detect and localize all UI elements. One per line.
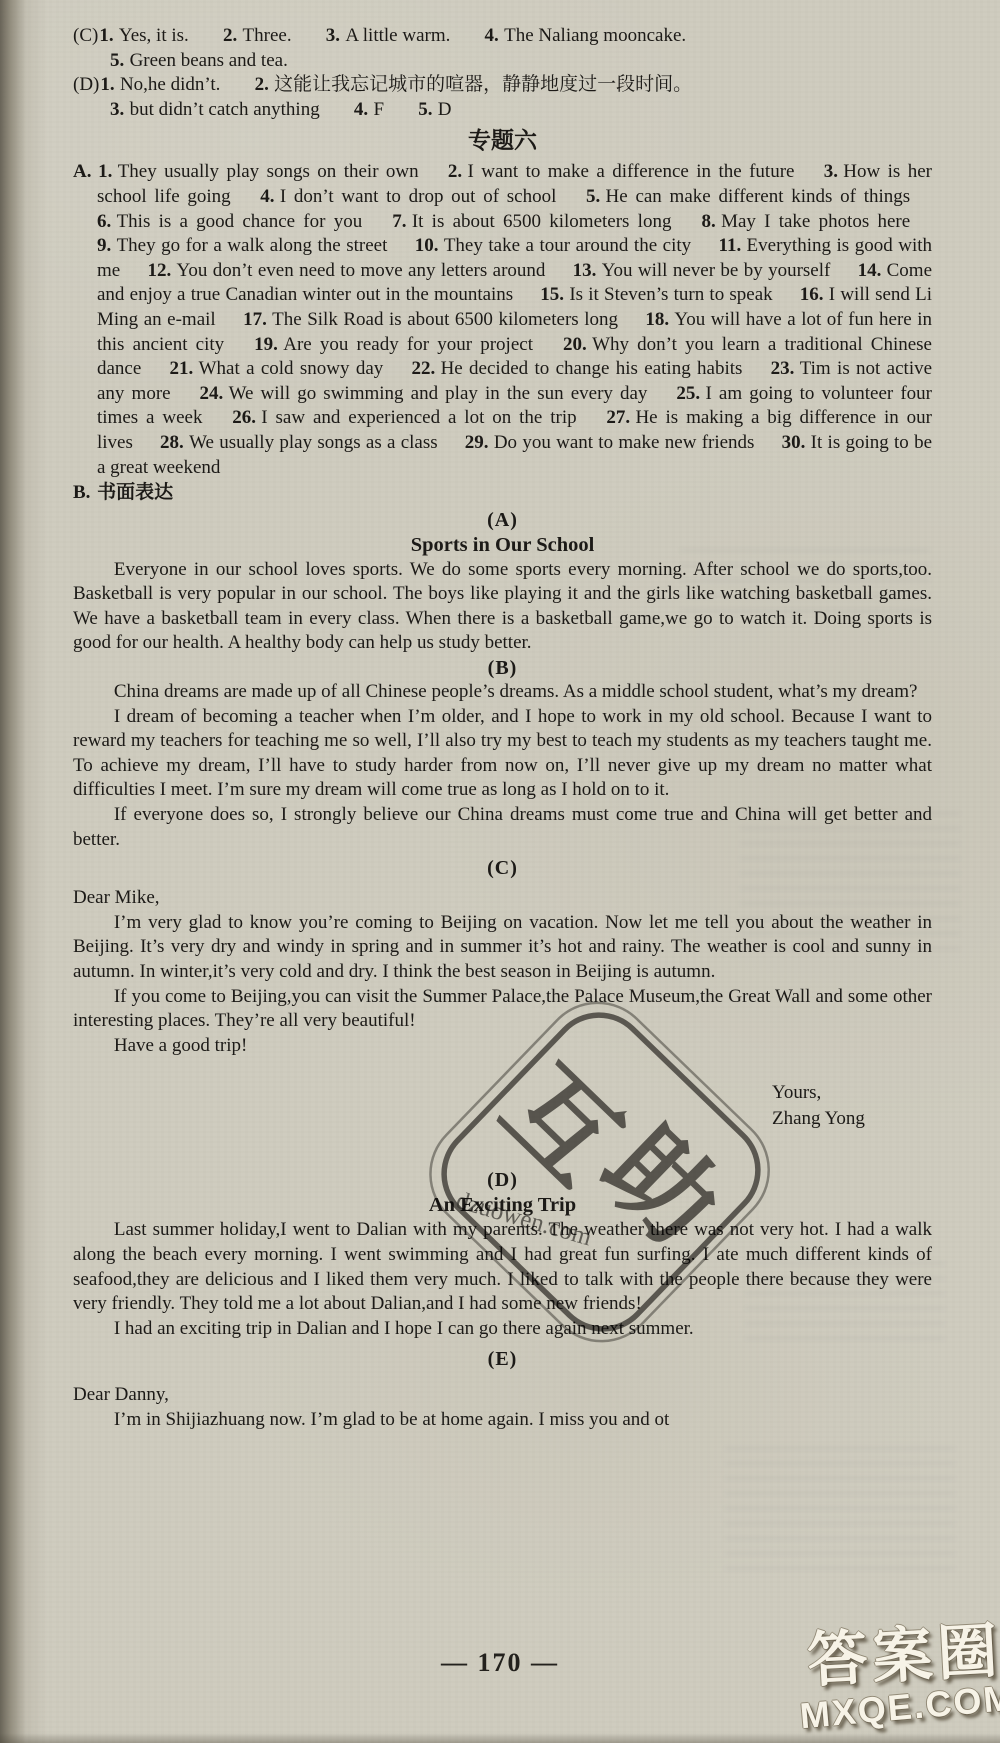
letter-c-salutation: Dear Mike, <box>73 886 932 911</box>
section-b: B.书面表达 <box>73 481 932 506</box>
answer-number: 24. <box>200 383 224 404</box>
essay-a-body: Everyone in our school loves sports. We … <box>73 558 932 656</box>
bottom-edge-shadow <box>0 1733 1000 1743</box>
answer-item: 12.You don’t even need to move any lette… <box>147 260 545 281</box>
answer-number: 2. <box>223 25 237 46</box>
page-content: (C)1.Yes, it is. 2.Three. 3.A little war… <box>73 24 932 1433</box>
answer-number: 3. <box>824 161 838 182</box>
answer-number: 5. <box>586 186 600 207</box>
answer-item: 5.He can make different kinds of things <box>586 186 910 207</box>
answer-number: 16. <box>800 284 824 305</box>
answer-number: 5. <box>418 99 432 120</box>
answers-d-items-2: 3.but didn’t catch anything 4.F 5.D <box>110 99 452 120</box>
answer-number: 18. <box>645 309 669 330</box>
answer-item: 9.They go for a walk along the street <box>97 235 387 256</box>
answer-item: 13.You will never be by yourself <box>573 260 831 281</box>
answer-number: 3. <box>326 25 340 46</box>
essay-d-title: An Exciting Trip <box>73 1192 932 1218</box>
section-b-title: 书面表达 <box>97 482 173 503</box>
answer-item: 1.No,he didn’t. <box>100 74 220 95</box>
answer-number: 8. <box>702 211 716 232</box>
letter-e-marker: (E) <box>73 1347 932 1371</box>
essay-b-marker: (B) <box>73 656 932 680</box>
answer-number: 27. <box>606 407 630 428</box>
answer-number: 10. <box>415 235 439 256</box>
answer-number: 29. <box>465 432 489 453</box>
answer-number: 7. <box>392 211 406 232</box>
answer-number: 14. <box>858 260 882 281</box>
answer-number: 1. <box>100 74 114 95</box>
answer-number: 4. <box>354 99 368 120</box>
answer-number: 6. <box>97 211 111 232</box>
paragraph: I’m very glad to know you’re coming to B… <box>73 911 932 985</box>
answer-number: 26. <box>232 407 256 428</box>
section-a-items: 1.They usually play songs on their own 2… <box>97 161 932 477</box>
answers-c-line2: 5.Green beans and tea. <box>73 49 932 74</box>
answer-number: 20. <box>563 334 587 355</box>
letter-c-closing: Yours, <box>772 1080 932 1106</box>
answer-item: 4.F <box>354 99 384 120</box>
answers-c-items-2: 5.Green beans and tea. <box>110 50 288 71</box>
letter-e-salutation: Dear Danny, <box>73 1383 932 1408</box>
answers-c-label: (C) <box>73 25 98 46</box>
answers-c-line1: (C)1.Yes, it is. 2.Three. 3.A little war… <box>73 24 932 49</box>
answer-number: 9. <box>97 235 111 256</box>
answers-d-label: (D) <box>73 74 99 95</box>
answer-number: 5. <box>110 50 124 71</box>
answer-item: 6.This is a good chance for you <box>97 211 362 232</box>
answer-number: 4. <box>485 25 499 46</box>
answer-number: 3. <box>110 99 124 120</box>
answer-item: 5.Green beans and tea. <box>110 50 288 71</box>
topic-heading: 专题六 <box>73 125 932 157</box>
answer-item: 4.The Naliang mooncake. <box>485 25 687 46</box>
answer-item: 26.I saw and experienced a lot on the tr… <box>232 407 576 428</box>
section-b-label: B. <box>73 482 90 503</box>
answer-number: 23. <box>771 358 795 379</box>
answer-item: 4.I don’t want to drop out of school <box>260 186 556 207</box>
letter-e-body: I’m in Shijiazhuang now. I’m glad to be … <box>73 1408 932 1433</box>
paragraph: I’m in Shijiazhuang now. I’m glad to be … <box>73 1408 932 1433</box>
answer-item: 2.Three. <box>223 25 292 46</box>
answers-d-items: 1.No,he didn’t. 2.这能让我忘记城市的喧器，静静地度过一段时间。 <box>100 74 692 95</box>
answer-item: 8.May I take photos here <box>702 211 911 232</box>
essay-a-title: Sports in Our School <box>73 532 932 558</box>
answer-item: 21.What a cold snowy day <box>170 358 384 379</box>
essay-d-marker: (D) <box>73 1168 932 1192</box>
answer-number: 1. <box>99 25 113 46</box>
answers-c-items: 1.Yes, it is. 2.Three. 3.A little warm. … <box>99 25 686 46</box>
answer-number: 2. <box>255 74 269 95</box>
section-a: A.1.They usually play songs on their own… <box>73 160 932 480</box>
essay-b-body: China dreams are made up of all Chinese … <box>73 680 932 852</box>
paragraph: I had an exciting trip in Dalian and I h… <box>73 1317 932 1342</box>
answer-item: 28.We usually play songs as a class <box>160 432 438 453</box>
brand-watermark: 答案圈 MXQE.COM <box>795 1619 1000 1732</box>
answer-item: 7.It is about 6500 kilometers long <box>392 211 671 232</box>
answers-d-line2: 3.but didn’t catch anything 4.F 5.D <box>73 98 932 123</box>
answer-item: 3.but didn’t catch anything <box>110 99 320 120</box>
answer-item: 17.The Silk Road is about 6500 kilometer… <box>243 309 618 330</box>
answer-number: 25. <box>676 383 700 404</box>
letter-c-signature: Zhang Yong <box>772 1106 932 1132</box>
paragraph: If you come to Beijing,you can visit the… <box>73 985 932 1034</box>
paragraph: I dream of becoming a teacher when I’m o… <box>73 705 932 803</box>
answer-item: 10.They take a tour around the city <box>415 235 691 256</box>
answer-item: 3.A little warm. <box>326 25 451 46</box>
letter-c-marker: (C) <box>73 856 932 880</box>
answer-number: 17. <box>243 309 267 330</box>
answer-number: 2. <box>448 161 462 182</box>
answer-number: 28. <box>160 432 184 453</box>
letter-c-signature-block: Yours, Zhang Yong <box>772 1080 932 1132</box>
section-a-label: A. <box>73 161 91 182</box>
answer-number: 15. <box>540 284 564 305</box>
answer-item: 1.Yes, it is. <box>99 25 188 46</box>
answer-number: 30. <box>782 432 806 453</box>
answer-number: 13. <box>573 260 597 281</box>
answer-number: 12. <box>147 260 171 281</box>
answer-number: 21. <box>170 358 194 379</box>
essay-d-body: Last summer holiday,I went to Dalian wit… <box>73 1218 932 1341</box>
answer-number: 22. <box>412 358 436 379</box>
paragraph: If everyone does so, I strongly believe … <box>73 803 932 852</box>
answer-number: 19. <box>254 334 278 355</box>
answer-number: 1. <box>98 161 112 182</box>
letter-c-body: I’m very glad to know you’re coming to B… <box>73 911 932 1059</box>
answer-item: 19.Are you ready for your project <box>254 334 533 355</box>
answer-item: 22.He decided to change his eating habit… <box>412 358 743 379</box>
answers-d-line1: (D)1.No,he didn’t. 2.这能让我忘记城市的喧器，静静地度过一段… <box>73 73 932 98</box>
paragraph: China dreams are made up of all Chinese … <box>73 680 932 705</box>
essay-a-marker: (A) <box>73 508 932 532</box>
paragraph: Have a good trip! <box>73 1034 932 1059</box>
page-gutter-shadow <box>0 0 48 1743</box>
answer-item: 29.Do you want to make new friends <box>465 432 755 453</box>
answer-item: 2.这能让我忘记城市的喧器，静静地度过一段时间。 <box>255 74 693 95</box>
scanned-book-page: (C)1.Yes, it is. 2.Three. 3.A little war… <box>0 0 1000 1743</box>
bleed-through-mark <box>725 1440 955 1570</box>
paragraph: Last summer holiday,I went to Dalian wit… <box>73 1218 932 1316</box>
answer-item: 1.They usually play songs on their own <box>98 161 419 182</box>
answer-item: 15.Is it Steven’s turn to speak <box>540 284 772 305</box>
answer-item: 2.I want to make a difference in the fut… <box>448 161 795 182</box>
paragraph: Everyone in our school loves sports. We … <box>73 558 932 656</box>
answer-number: 4. <box>260 186 274 207</box>
answer-item: 24.We will go swimming and play in the s… <box>200 383 648 404</box>
answer-number: 11. <box>719 235 742 256</box>
answer-item: 5.D <box>418 99 451 120</box>
